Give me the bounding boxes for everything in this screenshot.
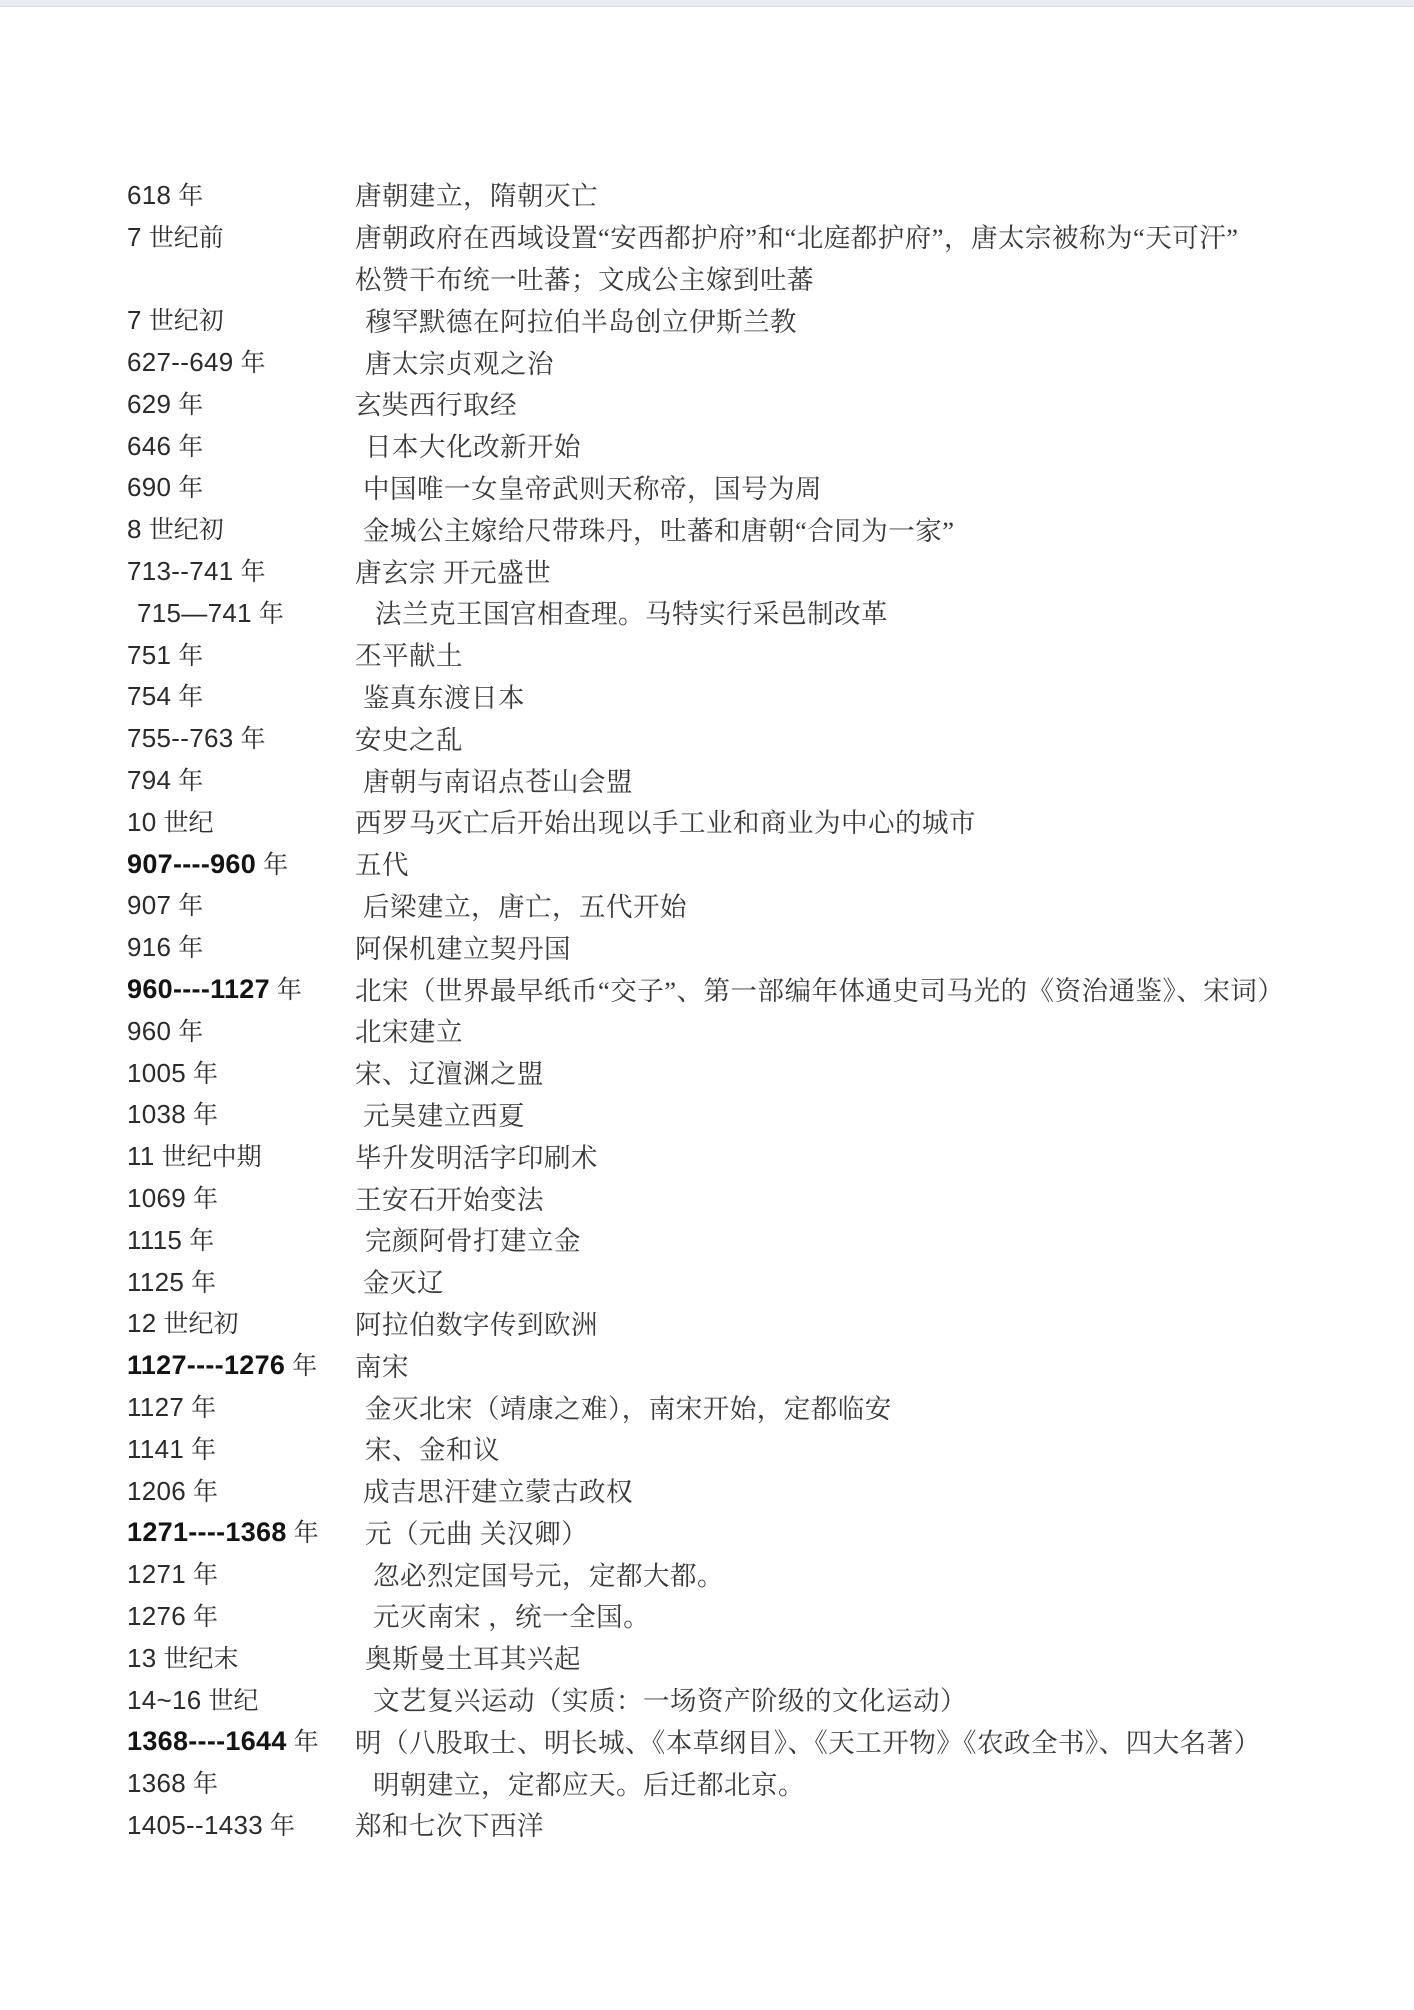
date-number: 690 xyxy=(127,472,171,502)
date-suffix: 年 xyxy=(178,893,203,920)
date-number: 1368 xyxy=(127,1768,186,1798)
row-event: 唐玄宗 开元盛世 xyxy=(355,551,551,590)
row-date: 960----1127年 xyxy=(127,970,355,1006)
timeline-row: 11世纪中期毕升发明活字印刷术 xyxy=(127,1134,1374,1176)
date-suffix: 年 xyxy=(193,1061,218,1088)
row-event: 成吉思汗建立蒙古政权 xyxy=(355,1470,633,1509)
date-suffix: 年 xyxy=(193,1604,218,1631)
timeline-row: 8世纪初金城公主嫁给尺带珠丹，吐蕃和唐朝“合同为一家” xyxy=(127,507,1374,549)
row-date: 713--741年 xyxy=(127,552,355,588)
date-number: 1271 xyxy=(127,1559,186,1589)
row-date: 627--649年 xyxy=(127,343,355,379)
timeline-row: 629年玄奘西行取经 xyxy=(127,382,1374,424)
timeline-row: 1069年王安石开始变法 xyxy=(127,1176,1374,1218)
row-date: 8世纪初 xyxy=(127,510,355,546)
date-suffix: 世纪中期 xyxy=(162,1144,262,1171)
date-number: 14~16 xyxy=(127,1685,202,1715)
date-number: 755--763 xyxy=(127,723,233,753)
row-date: 1005年 xyxy=(127,1054,355,1090)
row-date: 916年 xyxy=(127,928,355,964)
date-suffix: 年 xyxy=(193,1479,218,1506)
timeline-row: 12世纪初阿拉伯数字传到欧洲 xyxy=(127,1302,1374,1344)
date-suffix: 年 xyxy=(270,1813,295,1840)
date-suffix: 世纪 xyxy=(209,1688,259,1715)
row-date: 907年 xyxy=(127,886,355,922)
date-suffix: 年 xyxy=(259,601,284,628)
row-event: 北宋建立 xyxy=(355,1010,463,1049)
date-number: 11 xyxy=(127,1141,155,1171)
row-event: 五代 xyxy=(355,843,409,882)
date-suffix: 年 xyxy=(178,643,203,670)
timeline-row: 1005年宋、辽澶渊之盟 xyxy=(127,1051,1374,1093)
row-date: 11世纪中期 xyxy=(127,1137,355,1173)
date-suffix: 年 xyxy=(191,1395,216,1422)
date-number: 646 xyxy=(127,431,171,461)
date-number: 715—741 xyxy=(137,598,252,628)
row-date: 690年 xyxy=(127,468,355,504)
row-event: 完颜阿骨打建立金 xyxy=(355,1219,581,1258)
row-event: 明朝建立，定都应天。后迁都北京。 xyxy=(355,1763,805,1802)
date-number: 10 xyxy=(127,807,157,837)
row-event: 丕平献土 xyxy=(355,634,463,673)
row-event: 金灭北宋（靖康之难），南宋开始，定都临安 xyxy=(355,1387,892,1426)
date-suffix: 年 xyxy=(294,1520,319,1547)
row-event: 金城公主嫁给尺带珠丹，吐蕃和唐朝“合同为一家” xyxy=(355,509,955,548)
date-suffix: 年 xyxy=(178,392,203,419)
date-suffix: 年 xyxy=(193,1771,218,1798)
page-top-edge xyxy=(0,0,1414,7)
date-suffix: 年 xyxy=(189,1228,214,1255)
row-date: 1141年 xyxy=(127,1430,355,1466)
date-suffix: 年 xyxy=(277,977,302,1004)
timeline-row: 755--763年安史之乱 xyxy=(127,716,1374,758)
row-event: 阿保机建立契丹国 xyxy=(355,927,571,966)
timeline-row: 1276年元灭南宋 ，统一全国。 xyxy=(127,1594,1374,1636)
row-event: 元灭南宋 ，统一全国。 xyxy=(355,1595,650,1634)
timeline-row: 960年北宋建立 xyxy=(127,1009,1374,1051)
row-date: 1276年 xyxy=(127,1597,355,1633)
date-number: 1115 xyxy=(127,1225,182,1255)
row-event: 法兰克王国宫相查理。马特实行采邑制改革 xyxy=(365,592,888,631)
date-number: 907 xyxy=(127,890,171,920)
date-suffix: 年 xyxy=(178,475,203,502)
date-number: 1368----1644 xyxy=(127,1726,287,1756)
row-date: 618年 xyxy=(127,176,355,212)
row-event: 宋、金和议 xyxy=(355,1428,500,1467)
date-suffix: 年 xyxy=(191,1270,216,1297)
timeline-row: 751年丕平献土 xyxy=(127,633,1374,675)
row-date: 960年 xyxy=(127,1012,355,1048)
date-suffix: 年 xyxy=(240,726,265,753)
timeline-row: 1127----1276年南宋 xyxy=(127,1343,1374,1385)
date-number: 618 xyxy=(127,180,171,210)
row-event: 元昊建立西夏 xyxy=(355,1094,525,1133)
date-suffix: 世纪前 xyxy=(149,225,224,252)
row-event: 文艺复兴运动（实质：一场资产阶级的文化运动） xyxy=(355,1679,967,1718)
timeline-row: 1127年金灭北宋（靖康之难），南宋开始，定都临安 xyxy=(127,1385,1374,1427)
row-date: 7世纪初 xyxy=(127,301,355,337)
row-date: 629年 xyxy=(127,385,355,421)
row-event: 明（八股取士、明长城、《本草纲目》、《天工开物》《农政全书》、四大名著） xyxy=(355,1721,1261,1760)
row-event: 唐朝建立，隋朝灭亡 xyxy=(355,174,598,213)
row-date: 13世纪末 xyxy=(127,1639,355,1675)
date-number: 1069 xyxy=(127,1183,186,1213)
row-date: 1038年 xyxy=(127,1095,355,1131)
row-date: 7世纪前 xyxy=(127,218,355,254)
date-number: 907----960 xyxy=(127,849,256,879)
row-date: 1368年 xyxy=(127,1764,355,1800)
row-date: 646年 xyxy=(127,427,355,463)
date-suffix: 年 xyxy=(294,1729,319,1756)
date-suffix: 年 xyxy=(193,1186,218,1213)
row-event: 西罗马灭亡后开始出现以手工业和商业为中心的城市 xyxy=(355,801,976,840)
row-date: 754年 xyxy=(127,677,355,713)
row-date: 794年 xyxy=(127,761,355,797)
row-event: 玄奘西行取经 xyxy=(355,383,517,422)
timeline-row: 1206年成吉思汗建立蒙古政权 xyxy=(127,1469,1374,1511)
timeline-row: 713--741年唐玄宗 开元盛世 xyxy=(127,549,1374,591)
date-suffix: 年 xyxy=(240,350,265,377)
row-date: 1271年 xyxy=(127,1555,355,1591)
timeline-row: 1141年宋、金和议 xyxy=(127,1427,1374,1469)
date-number: 1005 xyxy=(127,1058,186,1088)
date-suffix: 年 xyxy=(240,559,265,586)
row-date: 755--763年 xyxy=(127,719,355,755)
date-number: 7 xyxy=(127,305,142,335)
timeline-row: 794年唐朝与南诏点苍山会盟 xyxy=(127,758,1374,800)
date-number: 713--741 xyxy=(127,556,233,586)
row-event: 南宋 xyxy=(355,1345,409,1384)
date-number: 7 xyxy=(127,222,142,252)
row-date: 715—741年 xyxy=(127,594,365,630)
date-number: 629 xyxy=(127,389,171,419)
date-number: 754 xyxy=(127,681,171,711)
row-date: 10世纪 xyxy=(127,803,355,839)
date-suffix: 年 xyxy=(178,935,203,962)
date-suffix: 世纪初 xyxy=(149,517,224,544)
row-event: 北宋（世界最早纸币“交子”、第一部编年体通史司马光的《资治通鉴》、宋词） xyxy=(355,969,1284,1008)
timeline-row: 715—741年法兰克王国宫相查理。马特实行采邑制改革 xyxy=(127,591,1374,633)
date-number: 1271----1368 xyxy=(127,1517,287,1547)
row-event: 松赞干布统一吐蕃；文成公主嫁到吐蕃 xyxy=(355,258,814,297)
date-number: 916 xyxy=(127,932,171,962)
timeline-row: 1125年金灭辽 xyxy=(127,1260,1374,1302)
row-date: 1405--1433年 xyxy=(127,1806,355,1842)
timeline-row: 7世纪前唐朝政府在西域设置“安西都护府”和“北庭都护府”，唐太宗被称为“天可汗” xyxy=(127,215,1374,257)
timeline-row: 618年唐朝建立，隋朝灭亡 xyxy=(127,173,1374,215)
timeline-row: 10世纪西罗马灭亡后开始出现以手工业和商业为中心的城市 xyxy=(127,800,1374,842)
date-number: 1125 xyxy=(127,1267,184,1297)
row-date: 12世纪初 xyxy=(127,1304,355,1340)
date-number: 1038 xyxy=(127,1099,186,1129)
row-event: 宋、辽澶渊之盟 xyxy=(355,1052,544,1091)
timeline-row: 916年阿保机建立契丹国 xyxy=(127,925,1374,967)
timeline-row: 627--649年唐太宗贞观之治 xyxy=(127,340,1374,382)
timeline-row: 1038年元昊建立西夏 xyxy=(127,1093,1374,1135)
row-date: 1206年 xyxy=(127,1472,355,1508)
date-suffix: 世纪末 xyxy=(164,1646,239,1673)
date-number: 1206 xyxy=(127,1476,186,1506)
row-date: 14~16世纪 xyxy=(127,1681,355,1717)
row-event: 鉴真东渡日本 xyxy=(355,676,525,715)
timeline-row: 1368年明朝建立，定都应天。后迁都北京。 xyxy=(127,1761,1374,1803)
date-suffix: 年 xyxy=(178,1019,203,1046)
row-event: 忽必烈定国号元，定都大都。 xyxy=(355,1554,724,1593)
date-suffix: 世纪 xyxy=(164,810,214,837)
date-suffix: 年 xyxy=(178,768,203,795)
timeline-row: 907----960年五代 xyxy=(127,842,1374,884)
row-event: 穆罕默德在阿拉伯半岛创立伊斯兰教 xyxy=(355,300,797,339)
row-event: 后梁建立，唐亡，五代开始 xyxy=(355,885,687,924)
date-number: 960 xyxy=(127,1016,171,1046)
date-suffix: 年 xyxy=(191,1437,216,1464)
row-event: 阿拉伯数字传到欧洲 xyxy=(355,1303,598,1342)
row-event: 安史之乱 xyxy=(355,718,463,757)
timeline-row: 1271年忽必烈定国号元，定都大都。 xyxy=(127,1552,1374,1594)
date-number: 8 xyxy=(127,514,142,544)
timeline-row: 646年日本大化改新开始 xyxy=(127,424,1374,466)
timeline-row: 14~16世纪文艺复兴运动（实质：一场资产阶级的文化运动） xyxy=(127,1678,1374,1720)
date-suffix: 年 xyxy=(193,1102,218,1129)
date-number: 13 xyxy=(127,1643,157,1673)
row-event: 郑和七次下西洋 xyxy=(355,1804,544,1843)
row-date: 1069年 xyxy=(127,1179,355,1215)
row-date: 1127----1276年 xyxy=(127,1346,355,1382)
row-event: 王安石开始变法 xyxy=(355,1178,544,1217)
row-date: 1368----1644年 xyxy=(127,1722,355,1758)
row-date: 1127年 xyxy=(127,1388,355,1424)
row-date: 907----960年 xyxy=(127,845,355,881)
row-event: 日本大化改新开始 xyxy=(355,425,581,464)
row-date: 1125年 xyxy=(127,1263,355,1299)
date-number: 751 xyxy=(127,640,171,670)
row-event: 元（元曲 关汉卿） xyxy=(355,1512,588,1551)
timeline-row: 7世纪初穆罕默德在阿拉伯半岛创立伊斯兰教 xyxy=(127,298,1374,340)
row-date: 751年 xyxy=(127,636,355,672)
date-suffix: 年 xyxy=(292,1353,317,1380)
date-number: 794 xyxy=(127,765,171,795)
date-suffix: 世纪初 xyxy=(164,1311,239,1338)
date-suffix: 年 xyxy=(178,434,203,461)
row-date: 1271----1368年 xyxy=(127,1513,355,1549)
date-suffix: 年 xyxy=(178,183,203,210)
timeline-row: 960----1127年北宋（世界最早纸币“交子”、第一部编年体通史司马光的《资… xyxy=(127,967,1374,1009)
history-timeline-document: 618年唐朝建立，隋朝灭亡7世纪前唐朝政府在西域设置“安西都护府”和“北庭都护府… xyxy=(0,7,1414,1845)
row-date: 1115年 xyxy=(127,1221,355,1257)
date-suffix: 年 xyxy=(263,852,288,879)
date-number: 627--649 xyxy=(127,347,233,377)
timeline-row: 754年鉴真东渡日本 xyxy=(127,675,1374,717)
date-number: 12 xyxy=(127,1308,157,1338)
timeline-row: 13世纪末奥斯曼土耳其兴起 xyxy=(127,1636,1374,1678)
timeline-row: 907年后梁建立，唐亡，五代开始 xyxy=(127,884,1374,926)
date-number: 1127----1276 xyxy=(127,1350,285,1380)
date-number: 1276 xyxy=(127,1601,186,1631)
row-event: 唐太宗贞观之治 xyxy=(355,342,554,381)
row-event: 奥斯曼土耳其兴起 xyxy=(355,1637,581,1676)
date-number: 1405--1433 xyxy=(127,1810,263,1840)
timeline-row: 1271----1368年元（元曲 关汉卿） xyxy=(127,1511,1374,1553)
date-number: 960----1127 xyxy=(127,974,270,1004)
timeline-row: 1405--1433年郑和七次下西洋 xyxy=(127,1803,1374,1845)
timeline-row: 松赞干布统一吐蕃；文成公主嫁到吐蕃 xyxy=(127,257,1374,299)
row-event: 金灭辽 xyxy=(355,1261,444,1300)
date-suffix: 年 xyxy=(178,684,203,711)
date-number: 1127 xyxy=(127,1392,184,1422)
date-number: 1141 xyxy=(127,1434,184,1464)
row-event: 中国唯一女皇帝武则天称帝，国号为周 xyxy=(355,467,822,506)
timeline-row: 1115年完颜阿骨打建立金 xyxy=(127,1218,1374,1260)
date-suffix: 世纪初 xyxy=(149,308,224,335)
timeline-row: 690年中国唯一女皇帝武则天称帝，国号为周 xyxy=(127,466,1374,508)
row-event: 唐朝政府在西域设置“安西都护府”和“北庭都护府”，唐太宗被称为“天可汗” xyxy=(355,216,1239,255)
row-event: 唐朝与南诏点苍山会盟 xyxy=(355,760,633,799)
date-suffix: 年 xyxy=(193,1562,218,1589)
timeline-row: 1368----1644年明（八股取士、明长城、《本草纲目》、《天工开物》《农政… xyxy=(127,1719,1374,1761)
row-event: 毕升发明活字印刷术 xyxy=(355,1136,598,1175)
